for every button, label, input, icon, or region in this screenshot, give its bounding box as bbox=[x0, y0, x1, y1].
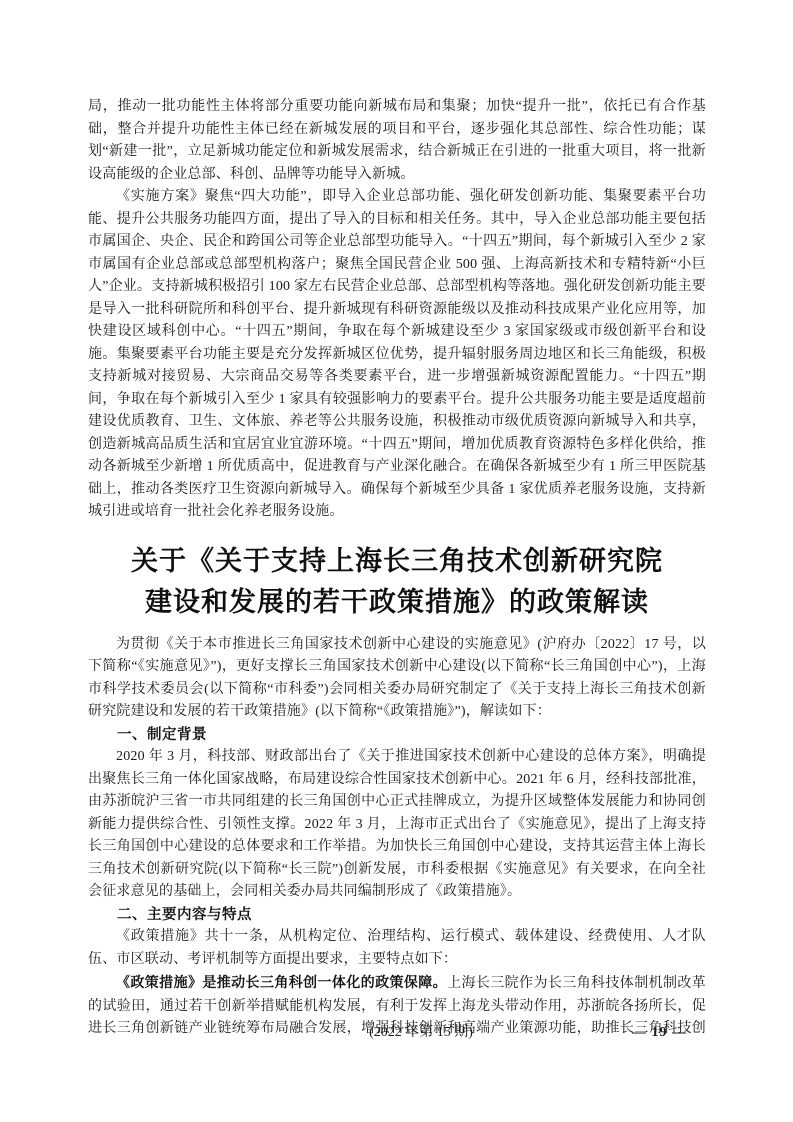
section-heading-background: 一、制定背景 bbox=[88, 724, 706, 747]
document-title-line2: 建设和发展的若干政策措施》的政策解读 bbox=[88, 582, 706, 623]
paragraph-background: 2020 年 3 月，科技部、财政部出台了《关于推进国家技术创新中心建设的总体方… bbox=[88, 746, 706, 904]
footer-page-number: — 19 — bbox=[632, 1022, 687, 1044]
paragraph-implementation-plan: 《实施方案》聚焦“四大功能”，即导入企业总部功能、强化研发创新功能、集聚要素平台… bbox=[88, 186, 706, 524]
page-footer: (2022 年第 15 期) — 19 — bbox=[88, 1022, 706, 1046]
document-title: 关于《关于支持上海长三角技术创新研究院 建设和发展的若干政策措施》的政策解读 bbox=[88, 541, 706, 623]
point1-lead-sentence: 《政策措施》是推动长三角科创一体化的政策保障。 bbox=[116, 974, 447, 990]
section-heading-main-content: 二、主要内容与特点 bbox=[88, 904, 706, 927]
paragraph-intro: 为贯彻《关于本市推进长三角国家技术创新中心建设的实施意见》(沪府办〔2022〕1… bbox=[88, 634, 706, 724]
document-body: 局，推动一批功能性主体将部分重要功能向新城布局和集聚；加快“提升一批”，依托已有… bbox=[88, 96, 706, 1038]
paragraph-content-intro: 《政策措施》共十一条，从机构定位、治理结构、运行模式、载体建设、经费使用、人才队… bbox=[88, 926, 706, 971]
document-title-line1: 关于《关于支持上海长三角技术创新研究院 bbox=[88, 541, 706, 582]
paragraph-continuation: 局，推动一批功能性主体将部分重要功能向新城布局和集聚；加快“提升一批”，依托已有… bbox=[88, 96, 706, 186]
document-page: 局，推动一批功能性主体将部分重要功能向新城布局和集聚；加快“提升一批”，依托已有… bbox=[0, 0, 793, 1122]
